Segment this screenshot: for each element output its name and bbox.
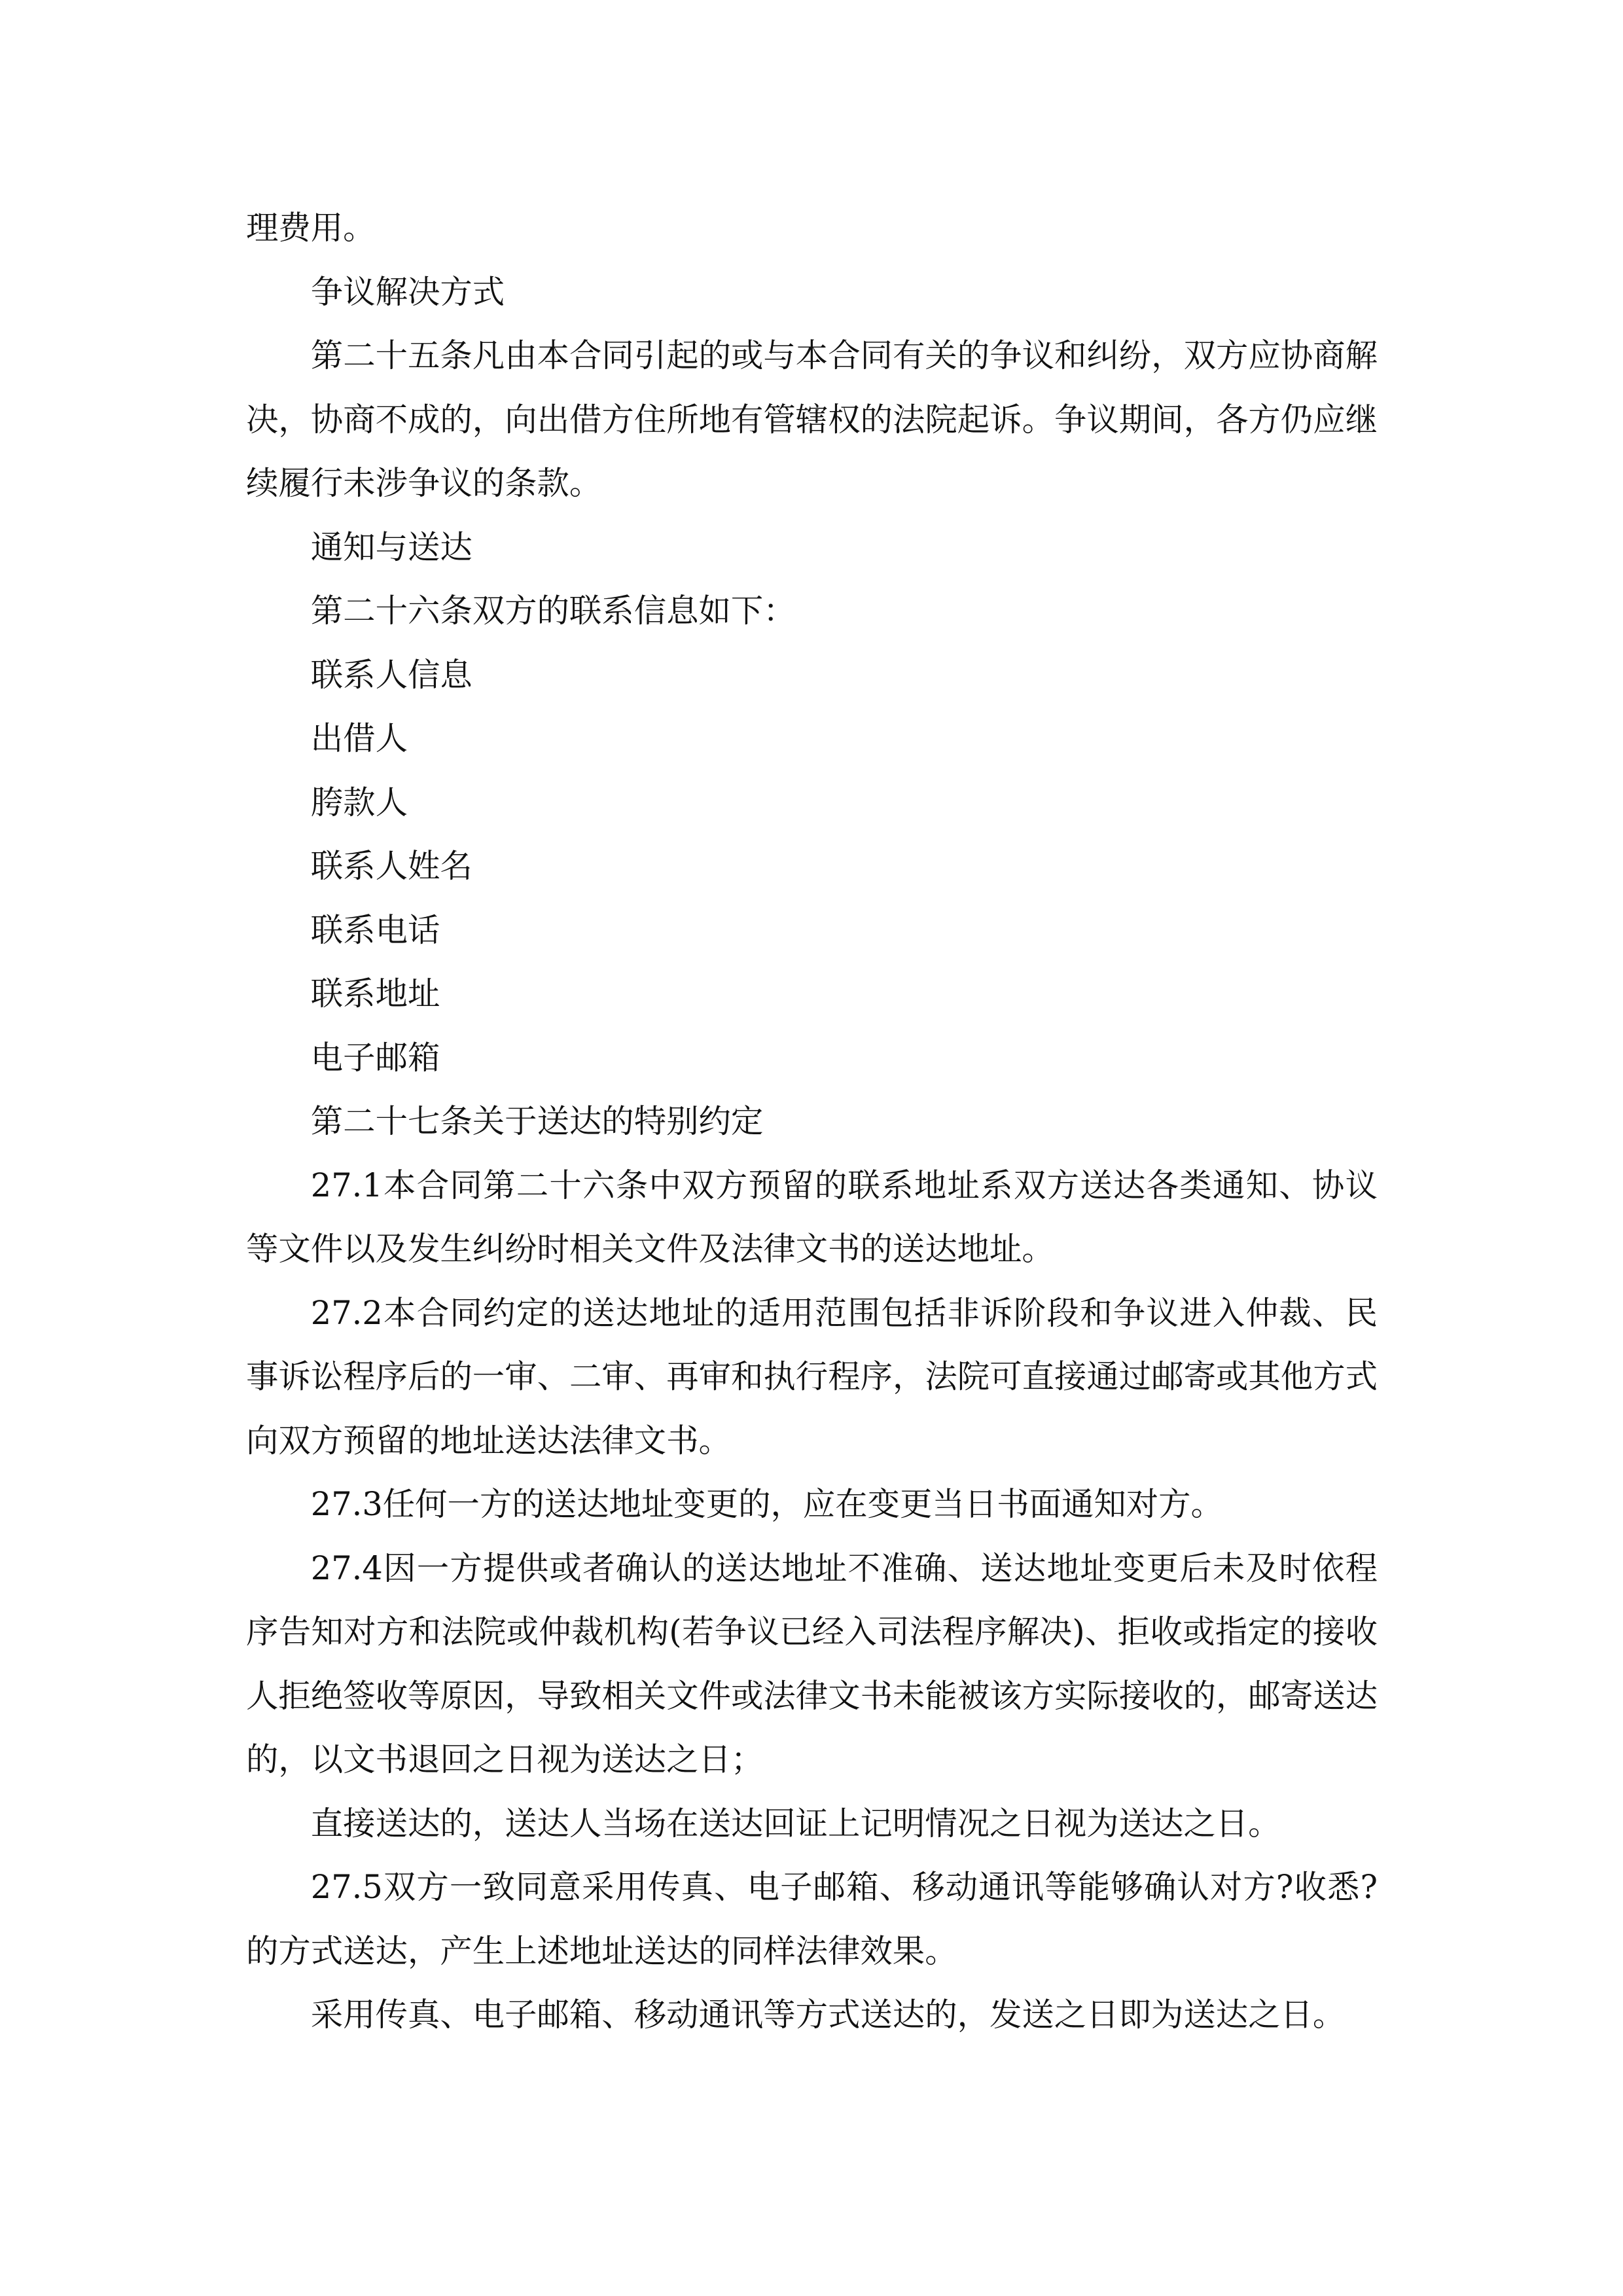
paragraph-continuation: 理费用。 — [246, 196, 1378, 260]
clause-27-5: 27.5双方一致同意采用传真、电子邮箱、移动通讯等能够确认对方?收悉?的方式送达… — [246, 1856, 1378, 1983]
clause-26: 第二十六条双方的联系信息如下： — [246, 579, 1378, 643]
lender-label: 出借人 — [246, 707, 1378, 771]
section-heading-dispute-resolution: 争议解决方式 — [246, 260, 1378, 325]
borrower-label: 胯款人 — [246, 771, 1378, 835]
clause-27-2: 27.2本合同约定的送达地址的适用范围包括非诉阶段和争议进入仲裁、民事诉讼程序后… — [246, 1282, 1378, 1473]
contact-address-label: 联系地址 — [246, 962, 1378, 1026]
clause-27-1: 27.1本合同第二十六条中双方预留的联系地址系双方送达各类通知、协议等文件以及发… — [246, 1154, 1378, 1282]
clause-25: 第二十五条凡由本合同引起的或与本合同有关的争议和纠纷，双方应协商解决，协商不成的… — [246, 324, 1378, 516]
contact-info-label: 联系人信息 — [246, 643, 1378, 708]
clause-27-4-direct-service: 直接送达的，送达人当场在送达回证上记明情况之日视为送达之日。 — [246, 1792, 1378, 1856]
clause-27: 第二十七条关于送达的特别约定 — [246, 1090, 1378, 1154]
clause-27-3: 27.3任何一方的送达地址变更的，应在变更当日书面通知对方。 — [246, 1473, 1378, 1537]
clause-27-4: 27.4因一方提供或者确认的送达地址不准确、送达地址变更后未及时依程序告知对方和… — [246, 1537, 1378, 1792]
clause-27-5-electronic-service: 采用传真、电子邮箱、移动通讯等方式送达的，发送之日即为送达之日。 — [246, 1983, 1378, 2047]
contact-phone-label: 联系电话 — [246, 899, 1378, 963]
document-page: 理费用。 争议解决方式 第二十五条凡由本合同引起的或与本合同有关的争议和纠纷，双… — [246, 196, 1378, 2047]
contact-name-label: 联系人姓名 — [246, 834, 1378, 899]
email-label: 电子邮箱 — [246, 1026, 1378, 1090]
section-heading-notice-and-service: 通知与送达 — [246, 516, 1378, 580]
